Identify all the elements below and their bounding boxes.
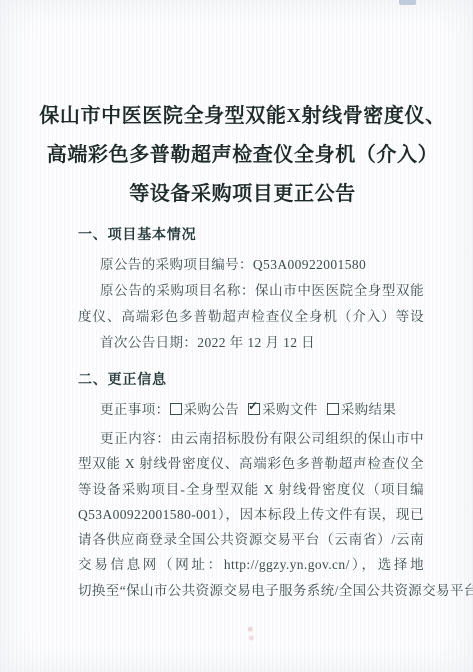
correction-content-line: 请各供应商登录全国公共资源交易平台（云南省）/云南省公共资源 (78, 527, 424, 552)
correction-content-paragraph: 更正内容：由云南招标股份有限公司组织的保山市中医医院全身 型双能 X 射线骨密度… (78, 426, 424, 603)
correction-items-row: 更正事项：采购公告✓采购文件采购结果 (78, 397, 396, 423)
original-project-name-line: 原公告的采购项目名称：保山市中医医院全身型双能 X 射线骨密 (78, 278, 424, 304)
title-line-1: 保山市中医医院全身型双能X射线骨密度仪、 (26, 97, 459, 136)
scan-pink-artifact (247, 626, 255, 642)
check-mark-icon: ✓ (248, 400, 258, 412)
correction-content-line: 切换至“保山市公共资源交易电子服务系统/全国公共资源交易平台 (78, 578, 424, 603)
scanned-document-page: 保山市中医医院全身型双能X射线骨密度仪、 高端彩色多普勒超声检查仪全身机（介入）… (0, 0, 473, 672)
option-label: 采购结果 (341, 402, 397, 417)
correction-content-line: 型双能 X 射线骨密度仪、高端彩色多普勒超声检查仪全身机（介入） (78, 451, 424, 476)
section-heading-correction: 二、更正信息 (78, 369, 167, 389)
checkbox-checked-icon: ✓ (248, 403, 260, 415)
checkbox-unchecked-icon (170, 403, 182, 415)
option-procurement-announcement: 采购公告 (170, 402, 240, 417)
section-heading-basic-info: 一、项目基本情况 (78, 224, 196, 244)
option-procurement-result: 采购结果 (327, 402, 397, 417)
correction-content-line: Q53A00922001580-001），因本标段上传文件有误，现已重新上传， (78, 502, 424, 527)
original-project-number-line: 原公告的采购项目编号：Q53A00922001580 (78, 252, 424, 278)
correction-content-line: 更正内容：由云南招标股份有限公司组织的保山市中医医院全身 (78, 426, 424, 451)
title-line-2: 高端彩色多普勒超声检查仪全身机（介入） (26, 136, 459, 175)
option-label: 采购公告 (184, 402, 240, 417)
option-procurement-document: ✓采购文件 (248, 402, 318, 417)
checkbox-unchecked-icon (327, 403, 339, 415)
correction-items-label: 更正事项： (100, 402, 170, 417)
title-line-3: 等设备采购项目更正公告 (26, 175, 459, 214)
correction-content-line: 交易信息网（网址：http://ggzy.yn.gov.cn/），选择地区“保山… (78, 552, 424, 577)
correction-content-line: 等设备采购项目-全身型双能 X 射线骨密度仪（项目编号： (78, 477, 424, 502)
original-project-name-line-2: 度仪、高端彩色多普勒超声检查仪全身机（介入）等设备采购项目 (78, 304, 424, 330)
document-title: 保山市中医医院全身型双能X射线骨密度仪、 高端彩色多普勒超声检查仪全身机（介入）… (26, 97, 459, 214)
first-announcement-date-line: 首次公告日期：2022 年 12 月 12 日 (78, 330, 424, 356)
scan-smudge-artifact (399, 0, 416, 5)
option-label: 采购文件 (262, 402, 318, 417)
basic-info-paragraph: 原公告的采购项目编号：Q53A00922001580 原公告的采购项目名称：保山… (78, 252, 424, 356)
